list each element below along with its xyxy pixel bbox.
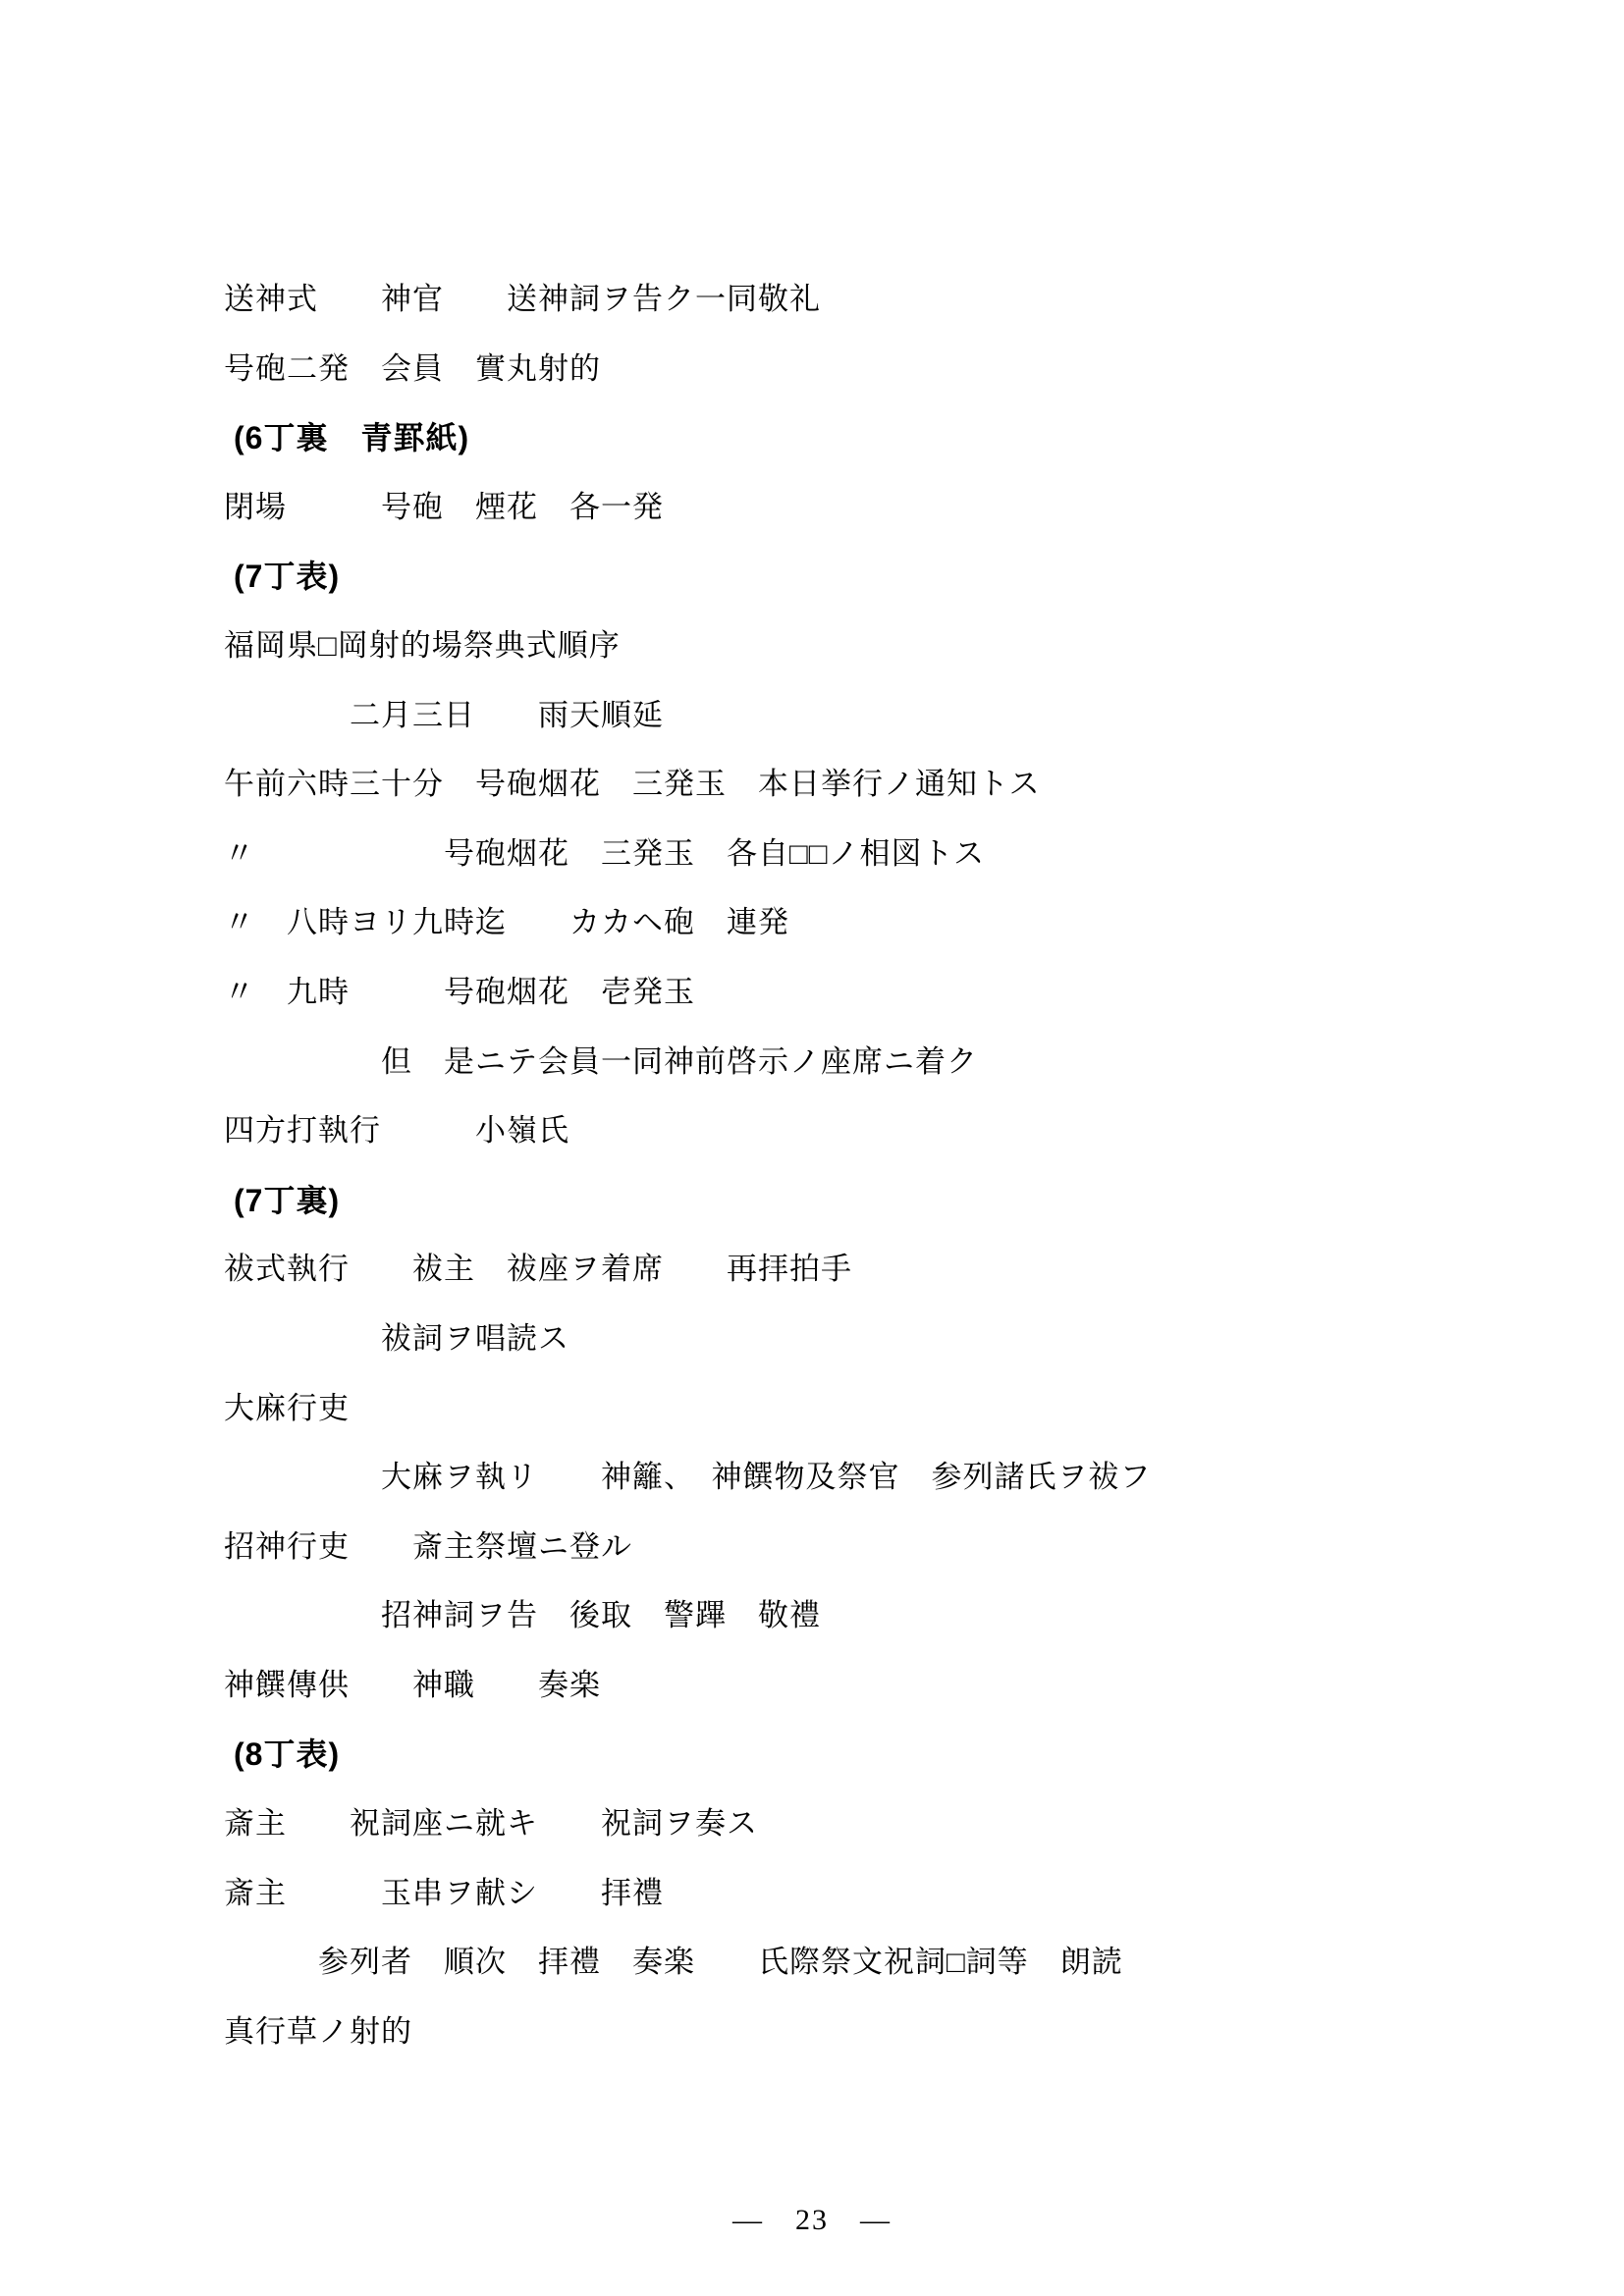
text-line: 〃 八時ヨリ九時迄 カカヘ砲 連発 <box>224 888 1545 958</box>
text-line: 祓式執行 祓主 祓座ヲ着席 再拝拍手 <box>224 1235 1545 1305</box>
text-line: 福岡県□岡射的場祭典式順序 <box>224 612 1545 681</box>
text-line: 四方打執行 小嶺氏 <box>224 1096 1545 1166</box>
section-heading: (7丁裏) <box>224 1166 1545 1236</box>
text-line: 午前六時三十分 号砲烟花 三発玉 本日挙行ノ通知トス <box>224 750 1545 820</box>
section-heading: (7丁表) <box>224 542 1545 612</box>
text-line: 斎主 玉串ヲ献シ 拝禮 <box>224 1859 1545 1929</box>
section-heading: (8丁表) <box>224 1720 1545 1789</box>
text-line: 斎主 祝詞座ニ就キ 祝詞ヲ奏ス <box>224 1789 1545 1859</box>
text-line: 参列者 順次 拝禮 奏楽 氏際祭文祝詞□詞等 朗読 <box>224 1928 1545 1998</box>
document-page: 送神式 神官 送神詞ヲ告ク一同敬礼号砲二発 会員 實丸射的(6丁裏 青罫紙)閉場… <box>0 0 1624 2296</box>
text-line: 真行草ノ射的 <box>224 1998 1545 2067</box>
text-line: 号砲二発 会員 實丸射的 <box>224 335 1545 404</box>
section-heading: (6丁裏 青罫紙) <box>224 403 1545 473</box>
text-line: 二月三日 雨天順延 <box>224 681 1545 751</box>
text-line: 但 是ニテ会員一同神前啓示ノ座席ニ着ク <box>224 1028 1545 1097</box>
text-line: 招神詞ヲ告 後取 警蹕 敬禮 <box>224 1581 1545 1651</box>
text-line: 招神行吏 斎主祭壇ニ登ル <box>224 1513 1545 1582</box>
text-line: 祓詞ヲ唱読ス <box>224 1305 1545 1374</box>
text-line: 大麻行吏 <box>224 1374 1545 1444</box>
text-line: 送神式 神官 送神詞ヲ告ク一同敬礼 <box>224 265 1545 335</box>
text-line: 〃 号砲烟花 三発玉 各自□□ノ相図トス <box>224 820 1545 889</box>
text-line: 神饌傳供 神職 奏楽 <box>224 1651 1545 1721</box>
text-line: 〃 九時 号砲烟花 壱発玉 <box>224 958 1545 1028</box>
page-number-footer: ― 23 ― <box>0 2195 1624 2238</box>
text-line: 大麻ヲ執リ 神籬、 神饌物及祭官 参列諸氏ヲ祓フ <box>224 1443 1545 1513</box>
text-line: 閉場 号砲 煙花 各一発 <box>224 473 1545 543</box>
document-body: 送神式 神官 送神詞ヲ告ク一同敬礼号砲二発 会員 實丸射的(6丁裏 青罫紙)閉場… <box>224 265 1545 2066</box>
